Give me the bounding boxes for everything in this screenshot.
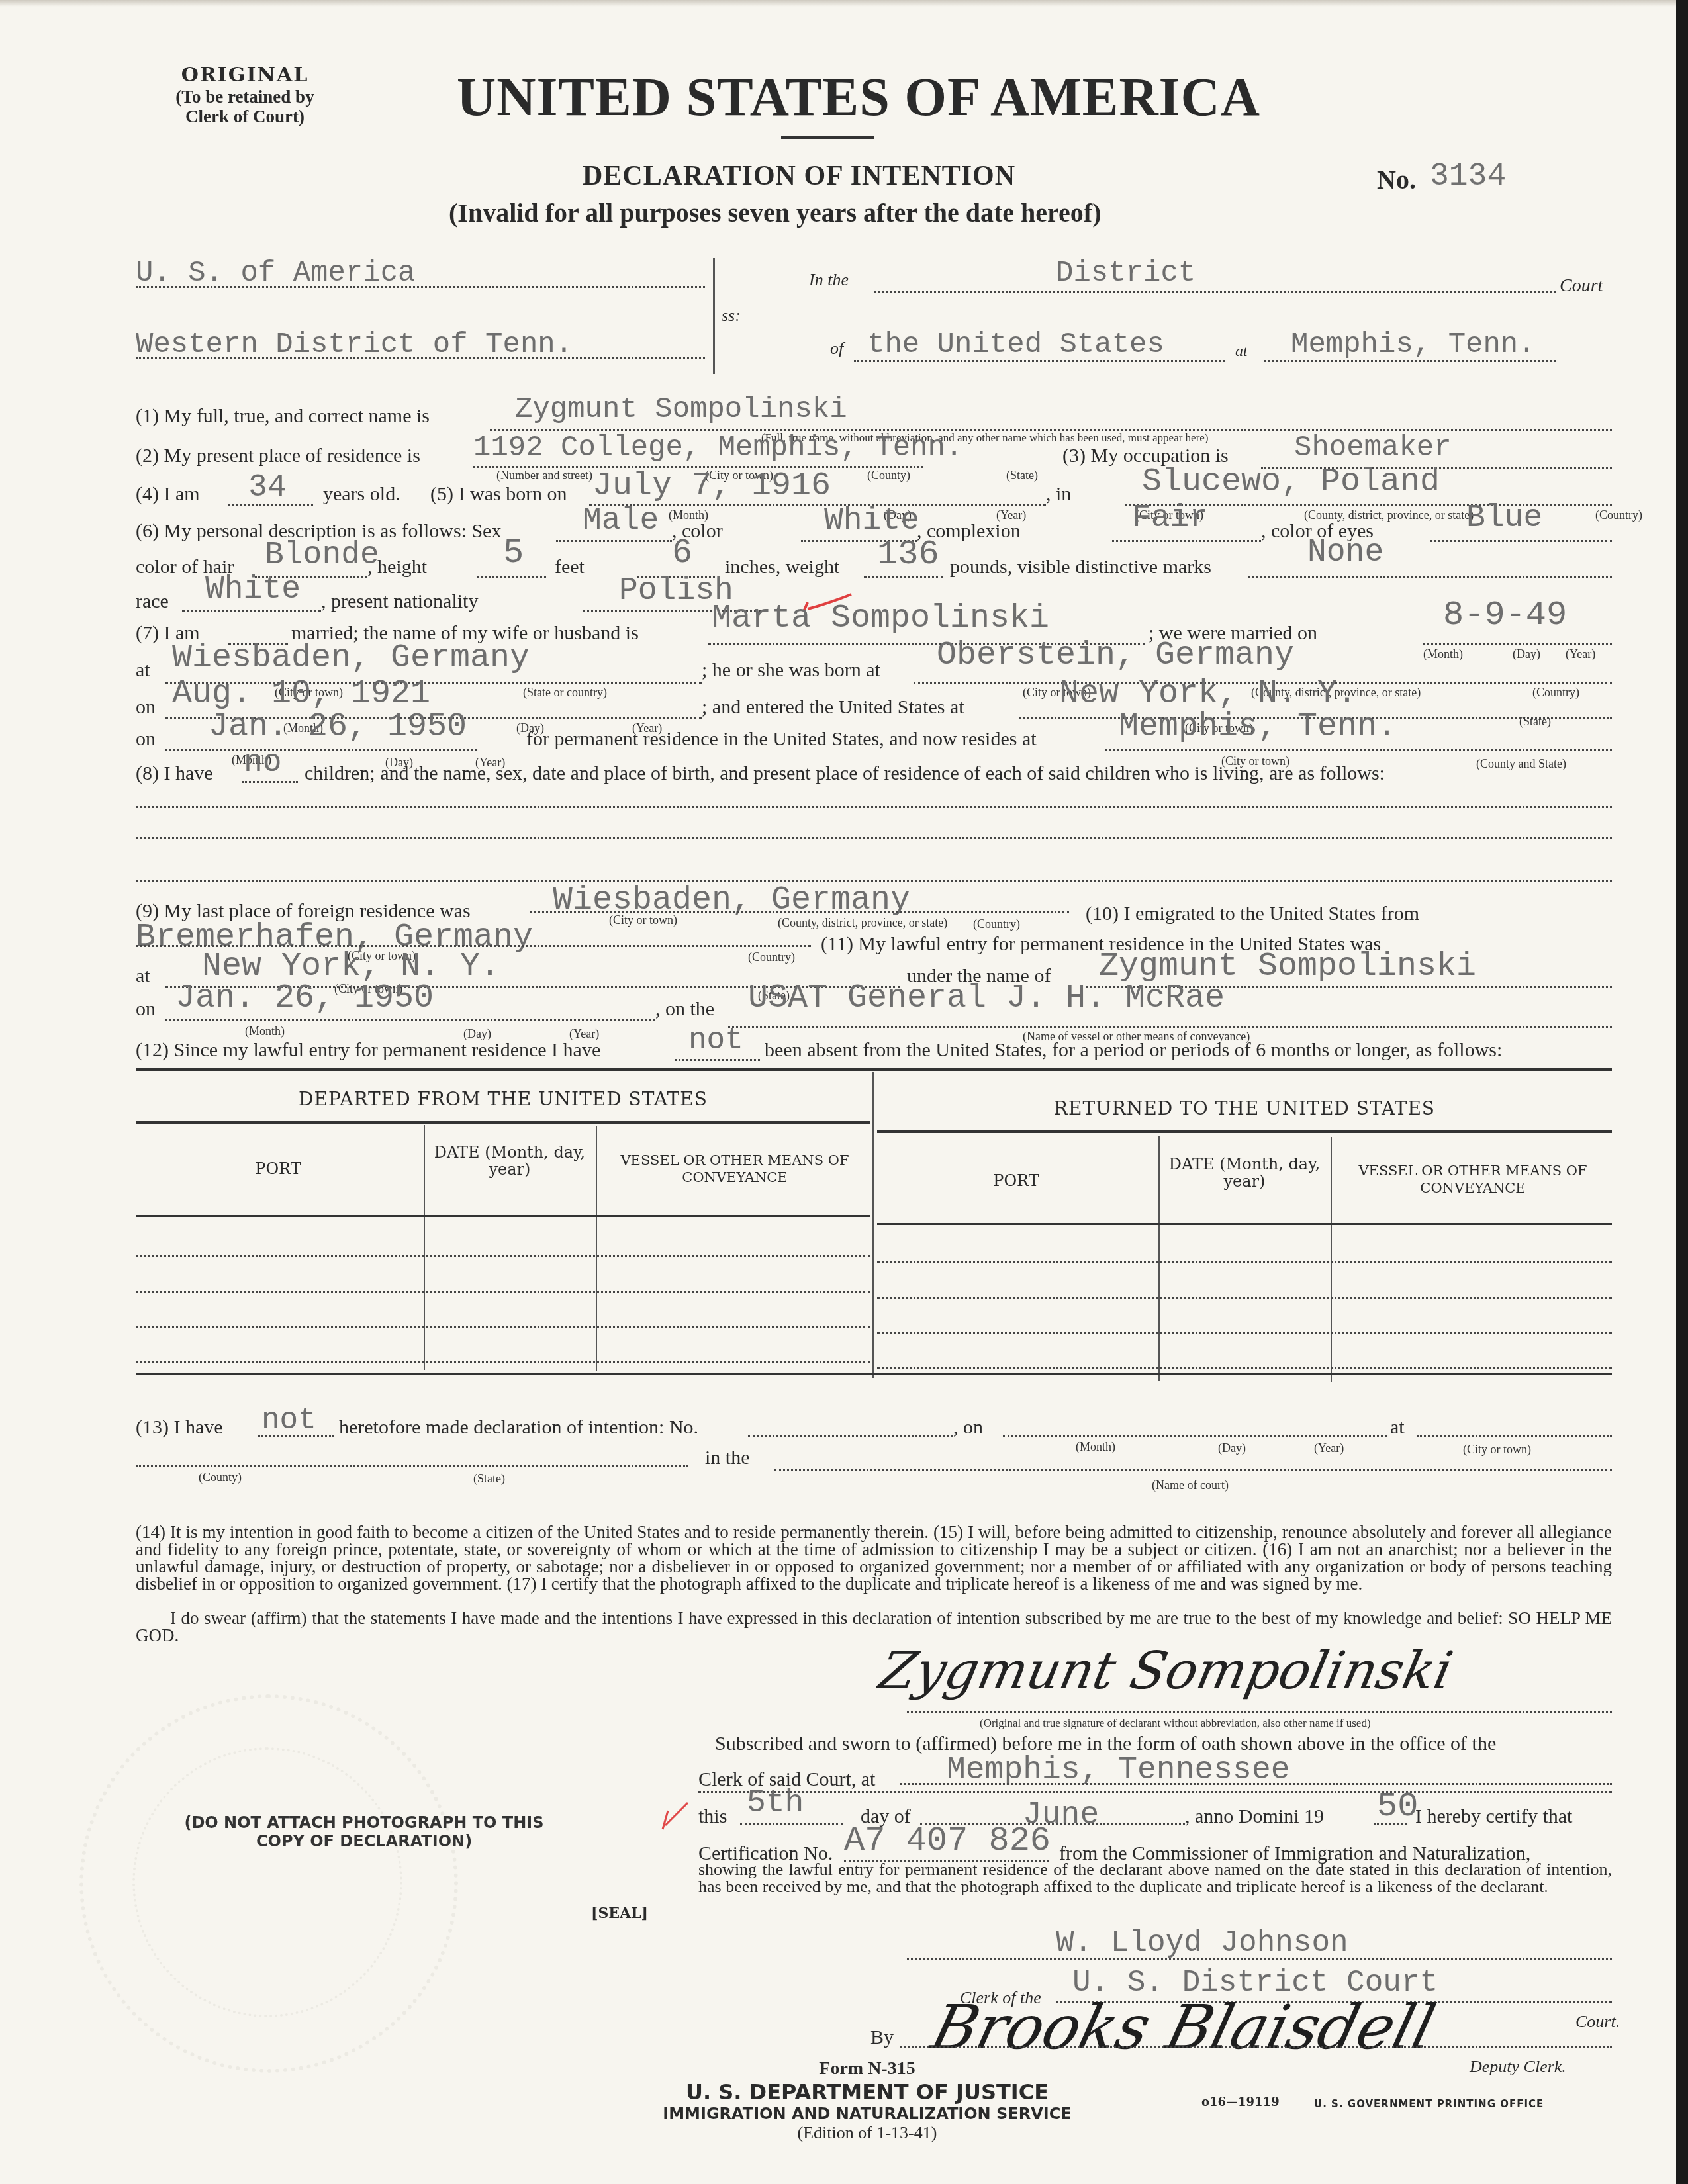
returned-header: RETURNED TO THE UNITED STATES xyxy=(877,1097,1612,1119)
prior-declaration-status: not xyxy=(261,1403,316,1437)
spouse-birthplace: Oberstein, Germany xyxy=(937,637,1294,674)
prior-court-field[interactable] xyxy=(774,1469,1612,1471)
prior-county-state-field[interactable] xyxy=(136,1465,688,1467)
venue-district: Western District of Tenn. xyxy=(136,328,573,361)
hint-county: (County, district, province, or state) xyxy=(778,916,947,930)
children-line-1[interactable] xyxy=(136,806,1612,808)
col-vessel-departed: VESSEL OR OTHER MEANS OF CONVEYANCE xyxy=(599,1152,870,1186)
on-label: on xyxy=(136,728,156,751)
inches-label: inches, weight xyxy=(725,556,839,578)
spouse-entry-date: Jan. 26, 1950 xyxy=(209,708,467,746)
of-label: of xyxy=(830,339,843,359)
q4-label: (4) I am xyxy=(136,483,200,506)
embossed-seal-inner xyxy=(132,1747,402,2017)
q10-label: (10) I emigrated to the United States fr… xyxy=(1086,903,1419,925)
age: 34 xyxy=(248,470,287,506)
foreign-residence: Wiesbaden, Germany xyxy=(553,882,910,919)
hint-month: (Month) xyxy=(1423,647,1463,661)
form-number: Form N-315 xyxy=(583,2058,1152,2079)
q4-suffix: years old. xyxy=(323,483,400,506)
spouse-residence: Memphis, Tenn. xyxy=(1119,708,1397,746)
hint-county-state: (County and State) xyxy=(1476,757,1566,771)
edition: (Edition of 1-13-41) xyxy=(583,2123,1152,2143)
table-divider xyxy=(872,1072,874,1378)
bracket xyxy=(713,258,715,374)
col-port-departed: PORT xyxy=(136,1160,420,1178)
photo-note: (DO NOT ATTACH PHOTOGRAPH TO THIS COPY O… xyxy=(172,1813,556,1850)
venue-country: U. S. of America xyxy=(136,257,415,290)
marriage-place: Wiesbaden, Germany xyxy=(172,639,530,677)
form-footer: Form N-315 U. S. DEPARTMENT OF JUSTICE I… xyxy=(583,2058,1152,2143)
court-location: Memphis, Tenn. xyxy=(1291,328,1536,361)
print-code: o16—19119 xyxy=(1201,2095,1280,2109)
vessel: USAT General J. H. McRae xyxy=(748,979,1225,1017)
printer-name: U. S. GOVERNMENT PRINTING OFFICE xyxy=(1314,2098,1544,2110)
hint-state: (State) xyxy=(1519,715,1551,729)
title-rule xyxy=(781,136,874,139)
on-the-label: , on the xyxy=(655,998,714,1021)
hint-year: (Year) xyxy=(1566,647,1595,661)
occupation: Shoemaker xyxy=(1294,432,1452,465)
original-note-1: (To be retained by xyxy=(132,87,357,107)
weight: 136 xyxy=(877,535,939,574)
ss-label: ss: xyxy=(722,306,741,326)
col-date-departed: DATE (Month, day, year) xyxy=(427,1144,592,1178)
table-top-rule xyxy=(136,1068,1612,1071)
at-label: at xyxy=(1235,343,1248,361)
hint-county: (County) xyxy=(199,1471,242,1484)
department-name: U. S. DEPARTMENT OF JUSTICE xyxy=(583,2079,1152,2105)
spouse-birthdate: Aug. 10, 1921 xyxy=(172,675,430,713)
hint-city: (City or town) xyxy=(1463,1443,1531,1457)
subscribed-text: Subscribed and sworn to (affirmed) befor… xyxy=(715,1733,1496,1755)
q12-text: been absent from the United States, for … xyxy=(765,1039,1502,1062)
col-vessel-returned: VESSEL OR OTHER MEANS OF CONVEYANCE xyxy=(1334,1162,1612,1197)
original-block: ORIGINAL (To be retained by Clerk of Cou… xyxy=(132,64,357,126)
height-feet: 5 xyxy=(503,533,524,572)
children-line-2[interactable] xyxy=(136,837,1612,839)
hint-month: (Month) xyxy=(1076,1440,1115,1454)
oath-swear: I do swear (affirm) that the statements … xyxy=(136,1610,1612,1644)
court-of: the United States xyxy=(867,328,1164,361)
photo-note-1: (DO NOT ATTACH PHOTOGRAPH TO THIS xyxy=(172,1813,556,1832)
hint-day: (Day) xyxy=(1218,1441,1246,1455)
declaration-number: 3134 xyxy=(1430,159,1506,195)
red-pencil-mark-icon xyxy=(659,1799,692,1832)
hint-county: (County) xyxy=(867,469,910,482)
children-count: no xyxy=(244,745,282,781)
certification-number: A7 407 826 xyxy=(844,1821,1051,1860)
entry-date: Jan. 26, 1950 xyxy=(175,979,434,1017)
sworn-year: 50 xyxy=(1377,1787,1418,1826)
sworn-day: 5th xyxy=(747,1786,804,1821)
by-label: By xyxy=(870,2026,894,2049)
color: White xyxy=(824,503,919,539)
hint-country: (Country) xyxy=(1532,686,1579,700)
certify-label: I hereby certify that xyxy=(1415,1805,1572,1828)
hint-state-country: (State or country) xyxy=(523,686,607,700)
hint-city: (City or town) xyxy=(609,913,677,927)
this-label: this xyxy=(698,1805,727,1828)
hint-court: (Name of court) xyxy=(1152,1479,1229,1492)
race-label: race xyxy=(136,590,169,613)
complexion: Fair xyxy=(1132,500,1208,536)
q8-label: (8) I have xyxy=(136,762,213,785)
height-inches: 6 xyxy=(672,533,692,572)
in-the-label: In the xyxy=(809,270,849,290)
hint-country: (Country) xyxy=(1595,508,1642,522)
q2-label: (2) My present place of residence is xyxy=(136,445,420,467)
original-note-2: Clerk of Court) xyxy=(132,107,357,126)
q5-label: (5) I was born on xyxy=(430,483,567,506)
validity-note: (Invalid for all purposes seven years af… xyxy=(449,197,1101,228)
spouse-name: Marta Sompolinski xyxy=(712,600,1049,637)
col-date-returned: DATE (Month, day, year) xyxy=(1162,1156,1327,1190)
hint-year: (Year) xyxy=(1314,1441,1344,1455)
form-subtitle: DECLARATION OF INTENTION xyxy=(583,160,1015,192)
in-label: , in xyxy=(1046,483,1071,506)
scan-edge xyxy=(1676,0,1688,2184)
deputy-signature: Brooks Blaisdell xyxy=(925,1992,1442,2063)
full-name: Zygmunt Sompolinski xyxy=(515,393,847,426)
court-label: Court xyxy=(1560,275,1603,296)
hint-state: (State) xyxy=(473,1472,505,1486)
signature-hint: (Original and true signature of declaran… xyxy=(980,1717,1371,1730)
certification-text-2: showing the lawful entry for permanent r… xyxy=(698,1861,1612,1895)
q13-text: heretofore made declaration of intention… xyxy=(339,1416,698,1439)
q13-label: (13) I have xyxy=(136,1416,223,1439)
sex: Male xyxy=(583,503,659,539)
deputy-signature-line xyxy=(900,2046,1612,2048)
service-name: IMMIGRATION AND NATURALIZATION SERVICE xyxy=(583,2105,1152,2123)
q8-text: children; and the name, sex, date and pl… xyxy=(305,762,1385,785)
photo-note-2: COPY OF DECLARATION) xyxy=(172,1832,556,1850)
on-label: , on xyxy=(953,1416,983,1439)
page-shadow xyxy=(0,0,1676,7)
original-title: ORIGINAL xyxy=(132,64,357,87)
oath-paragraph: (14) It is my intention in good faith to… xyxy=(136,1524,1612,1592)
residence: 1192 College, Memphis, Tenn. xyxy=(473,432,962,465)
entered-label: ; and entered the United States at xyxy=(702,696,964,719)
clerk-name: W. Lloyd Johnson xyxy=(1056,1926,1348,1960)
race: White xyxy=(205,572,301,608)
hint-state: (State) xyxy=(1006,469,1038,482)
departed-header: DEPARTED FROM THE UNITED STATES xyxy=(136,1088,870,1110)
hint-street: (Number and street) xyxy=(496,469,592,482)
q12-label: (12) Since my lawful entry for permanent… xyxy=(136,1039,600,1062)
deputy-label: Deputy Clerk. xyxy=(1470,2057,1566,2077)
marriage-date: 8-9-49 xyxy=(1443,596,1567,635)
at-label: at xyxy=(1390,1416,1405,1439)
spouse-entry-place: New York, N. Y. xyxy=(1059,675,1357,713)
hint-country: (Country) xyxy=(748,950,795,964)
eye-color: Blue xyxy=(1466,500,1542,536)
declarant-signature-line[interactable] xyxy=(907,1711,1612,1713)
marks-label: pounds, visible distinctive marks xyxy=(950,556,1211,578)
anno-domini-label: , anno Domini 19 xyxy=(1185,1805,1324,1828)
prior-city-field[interactable] xyxy=(1417,1435,1612,1437)
prior-number-field[interactable] xyxy=(748,1435,953,1437)
court-label: Court. xyxy=(1575,2012,1620,2032)
on-label: on xyxy=(136,998,156,1021)
at-label: at xyxy=(136,659,150,682)
height-label: , height xyxy=(367,556,427,578)
resides-label: for permanent residence in the United St… xyxy=(526,728,1037,751)
clerk-name-line xyxy=(907,1958,1612,1960)
spouse-born-label: ; he or she was born at xyxy=(702,659,880,682)
number-label: No. xyxy=(1377,164,1416,195)
table-bottom-rule xyxy=(136,1373,1612,1375)
page-title: UNITED STATES OF AMERICA xyxy=(457,66,1260,128)
birth-date: July 7, 1916 xyxy=(592,467,831,505)
at-label: at xyxy=(136,965,150,987)
distinctive-marks: None xyxy=(1307,535,1383,570)
birth-place: Slucewo, Poland xyxy=(1142,463,1440,501)
col-port-returned: PORT xyxy=(877,1171,1155,1190)
on-label: on xyxy=(136,696,156,719)
feet-label: feet xyxy=(555,556,585,578)
in-the-label: in the xyxy=(705,1447,750,1469)
hint-day: (Day) xyxy=(1513,647,1540,661)
prior-date-field[interactable] xyxy=(1003,1435,1387,1437)
seal-label: [SEAL] xyxy=(591,1905,648,1922)
hair-color: Blonde xyxy=(265,537,379,573)
nationality-label: , present nationality xyxy=(321,590,478,613)
hint-country: (Country) xyxy=(973,917,1020,931)
court-type: District xyxy=(1056,257,1196,290)
hint-month: (Month) xyxy=(245,1024,285,1038)
q1-label: (1) My full, true, and correct name is xyxy=(136,405,430,428)
declarant-signature: Zygmunt Sompolinski xyxy=(874,1641,1458,1701)
absent-status: not xyxy=(688,1023,743,1058)
